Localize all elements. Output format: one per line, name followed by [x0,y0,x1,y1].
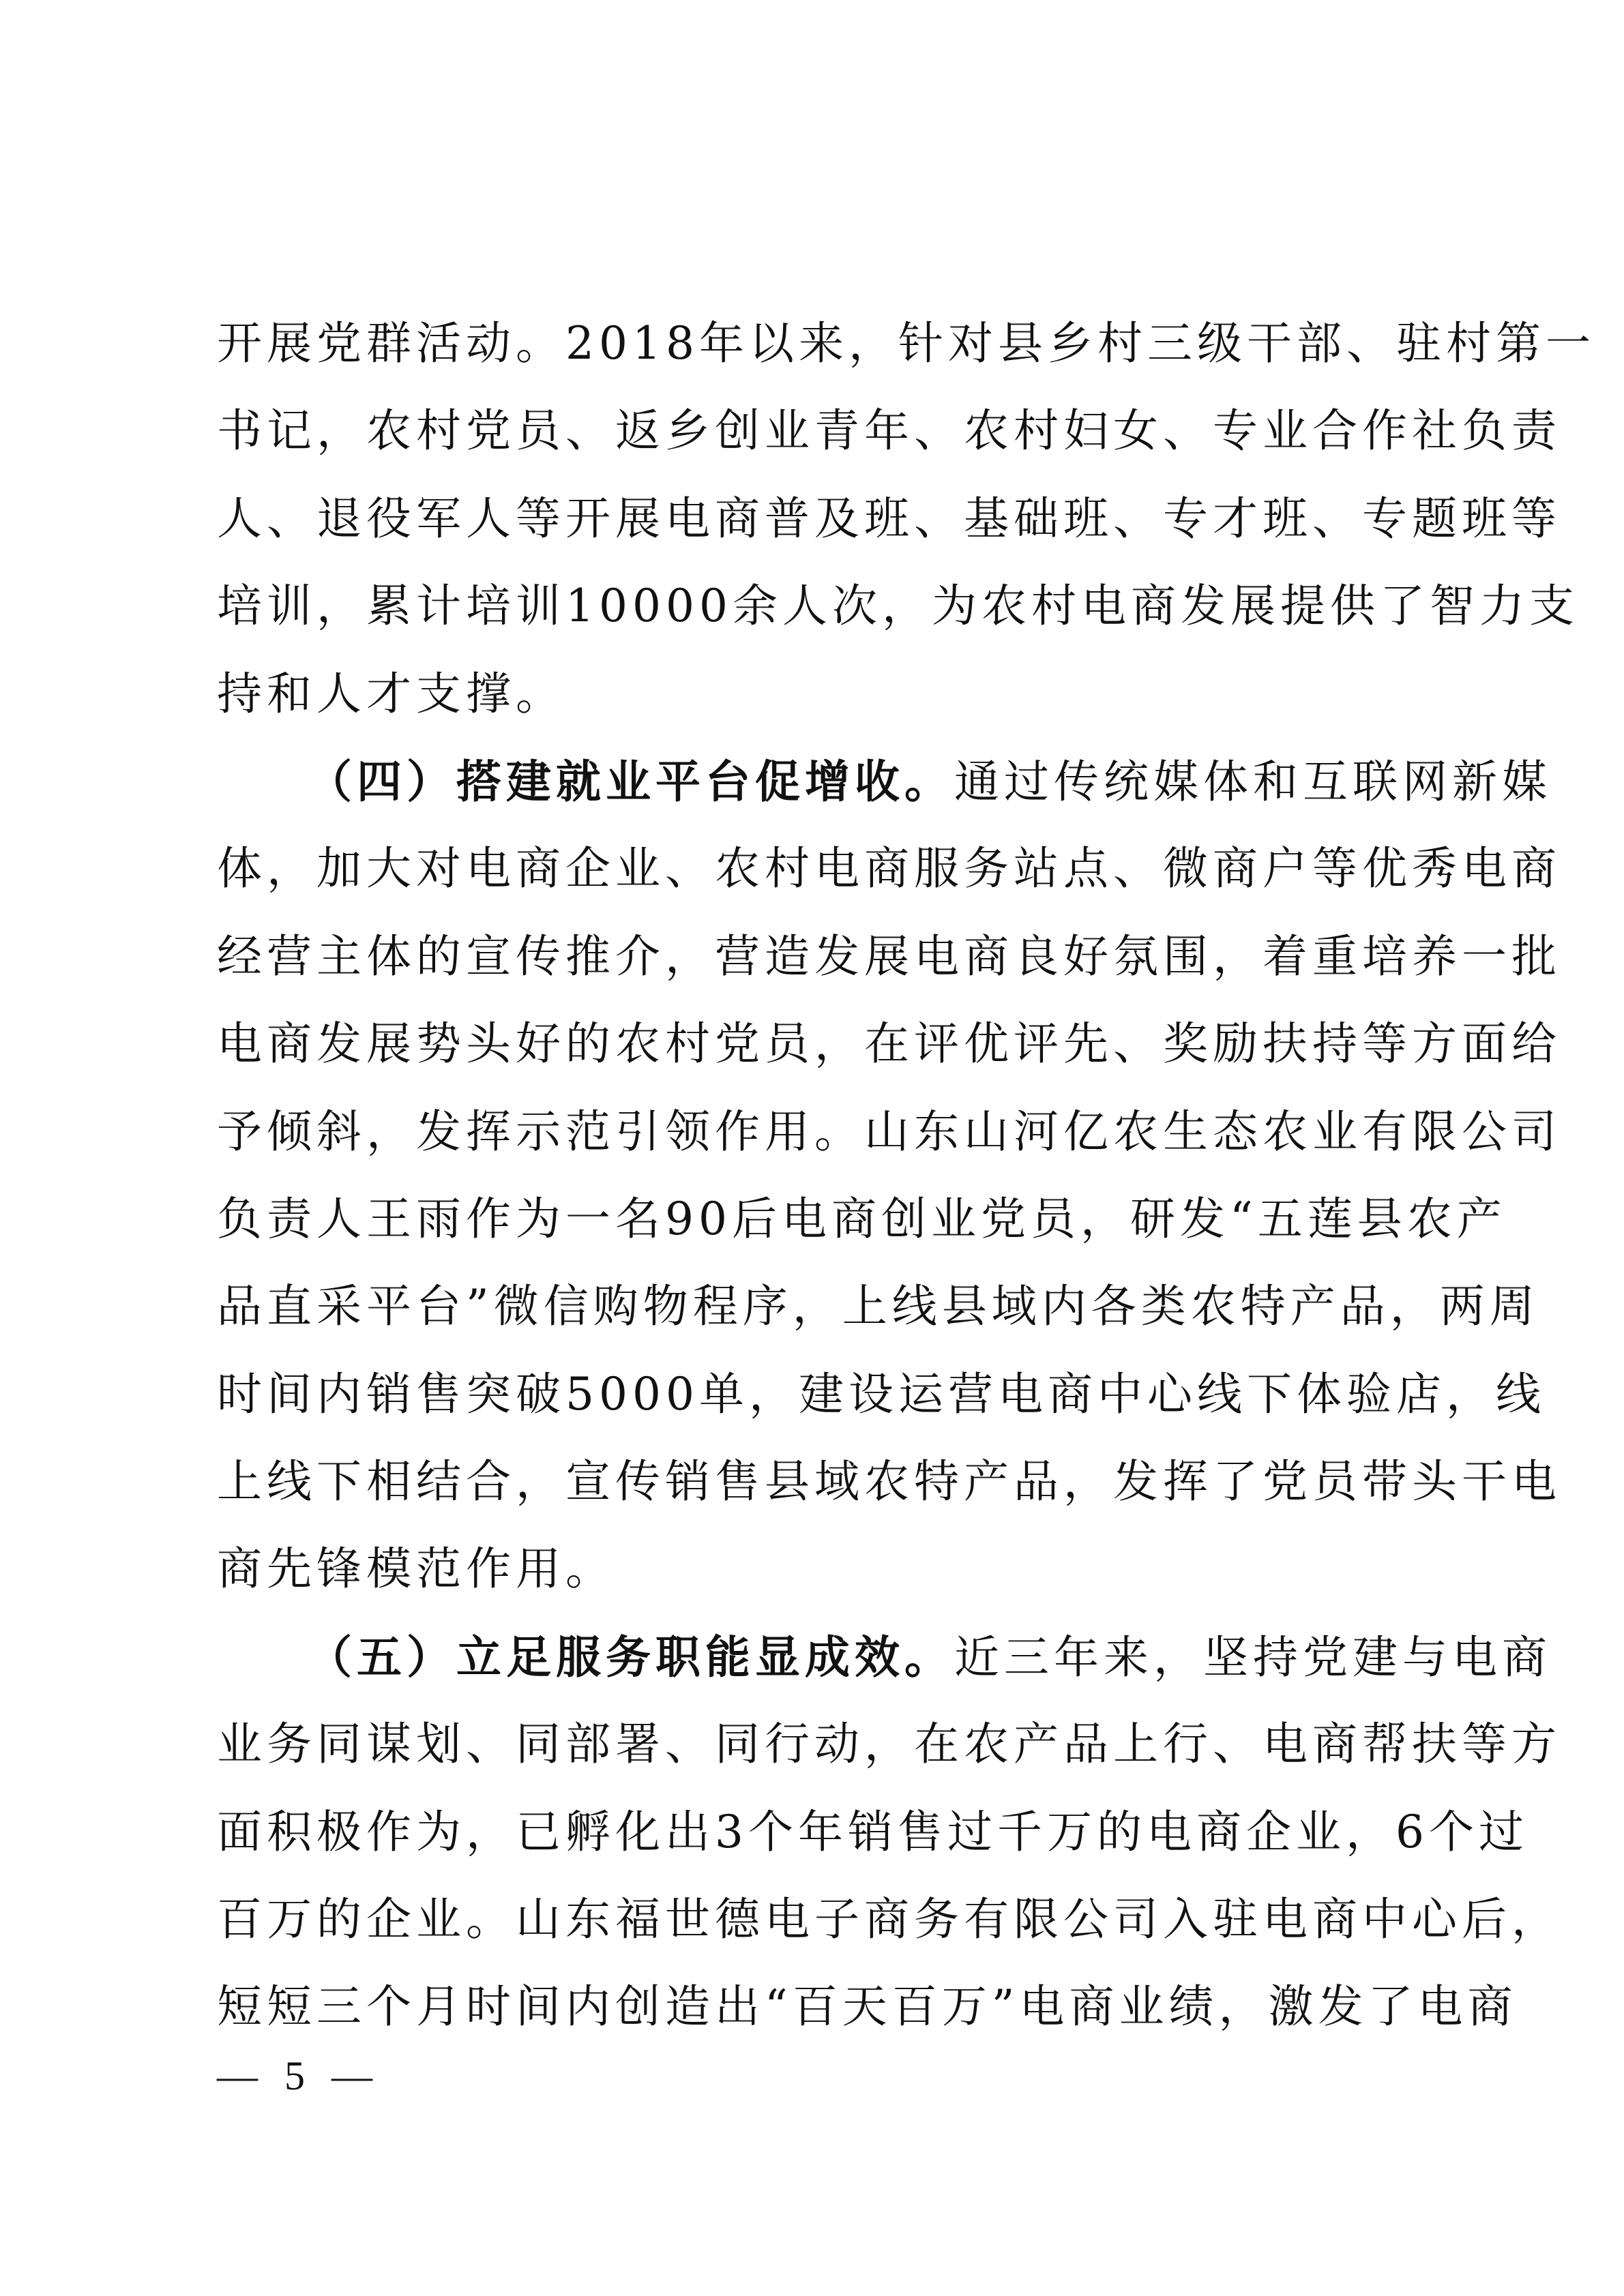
text-line: 上线下相结合，宣传销售县域农特产品，发挥了党员带头干电 [217,1438,1417,1525]
paragraph-service-function: （五）立足服务职能显成效。近三年来，坚持党建与电商 业务同谋划、同部署、同行动，… [217,1613,1417,2051]
text-line: （四）搭建就业平台促增收。通过传统媒体和互联网新媒 [217,738,1417,825]
text-line: 品直采平台”微信购物程序，上线县域内各类农特产品，两周 [217,1263,1417,1350]
page-number: — 5 — [217,2053,381,2100]
text-line: （五）立足服务职能显成效。近三年来，坚持党建与电商 [217,1613,1417,1701]
text-line: 经营主体的宣传推介，营造发展电商良好氛围，着重培养一批 [217,913,1417,1000]
text-line: 持和人才支撑。 [217,651,1417,738]
text-span: 通过传统媒体和互联网新媒 [954,756,1552,808]
text-line: 予倾斜，发挥示范引领作用。山东山河亿农生态农业有限公司 [217,1088,1417,1176]
text-line: 业务同谋划、同部署、同行动，在农产品上行、电商帮扶等方 [217,1701,1417,1788]
paragraph-training: 开展党群活动。2018年以来，针对县乡村三级干部、驻村第一 书记，农村党员、返乡… [217,300,1417,738]
text-line: 百万的企业。山东福世德电子商务有限公司入驻电商中心后， [217,1876,1417,1963]
text-line: 书记，农村党员、返乡创业青年、农村妇女、专业合作社负责 [217,387,1417,475]
text-line: 开展党群活动。2018年以来，针对县乡村三级干部、驻村第一 [217,300,1417,387]
document-page: 开展党群活动。2018年以来，针对县乡村三级干部、驻村第一 书记，农村党员、返乡… [0,0,1624,2296]
paragraph-employment-platform: （四）搭建就业平台促增收。通过传统媒体和互联网新媒 体，加大对电商企业、农村电商… [217,738,1417,1613]
section-heading: （五）立足服务职能显成效。 [307,1630,954,1684]
text-line: 体，加大对电商企业、农村电商服务站点、微商户等优秀电商 [217,825,1417,912]
text-line: 人、退役军人等开展电商普及班、基础班、专才班、专题班等 [217,475,1417,563]
text-span: 近三年来，坚持党建与电商 [954,1631,1552,1684]
section-heading: （四）搭建就业平台促增收。 [307,755,954,808]
body-text: 开展党群活动。2018年以来，针对县乡村三级干部、驻村第一 书记，农村党员、返乡… [217,300,1417,2051]
text-line: 负责人王雨作为一名90后电商创业党员，研发“五莲县农产 [217,1176,1417,1263]
text-line: 商先锋模范作用。 [217,1525,1417,1613]
text-line: 时间内销售突破5000单，建设运营电商中心线下体验店，线 [217,1351,1417,1438]
text-line: 电商发展势头好的农村党员，在评优评先、奖励扶持等方面给 [217,1000,1417,1088]
text-line: 短短三个月时间内创造出“百天百万”电商业绩，激发了电商 [217,1963,1417,2051]
text-line: 面积极作为，已孵化出3个年销售过千万的电商企业，6个过 [217,1789,1417,1876]
text-line: 培训，累计培训10000余人次，为农村电商发展提供了智力支 [217,563,1417,650]
